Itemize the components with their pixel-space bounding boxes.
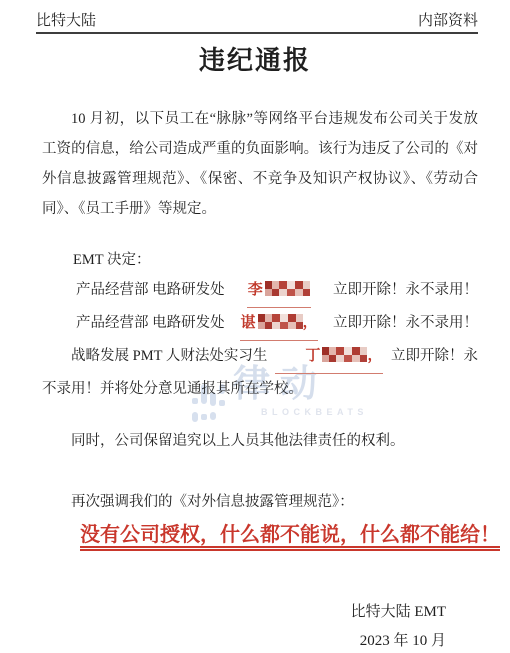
- decision-row: 产品经营部 电路研发处 谌， 立即开除！永不录用！: [42, 308, 478, 341]
- intro-paragraph: 10 月初，以下员工在“脉脉”等网络平台违规发布公司关于发放工资的信息，给公司造…: [42, 104, 478, 224]
- decision-row: 战略发展 PMT 人财法处实习生丁，立即开除！永不录用！并将处分意见通报其所在学…: [42, 341, 478, 405]
- redacted-name: 李: [247, 275, 311, 308]
- emphasis-headline: 没有公司授权，什么都不能说，什么都不能给！: [80, 520, 478, 550]
- document-header: 比特大陆 内部资料: [36, 0, 478, 34]
- name-surname: 李: [248, 282, 263, 298]
- notice-document: 律动 BLOCKBEATS 比特大陆 内部资料 违纪通报 10 月初，以下员工在…: [0, 0, 510, 653]
- document-body: 比特大陆 内部资料 违纪通报 10 月初，以下员工在“脉脉”等网络平台违规发布公…: [0, 0, 510, 653]
- decision-dept: 产品经营部 电路研发处: [76, 308, 225, 339]
- decision-dept: 战略发展 PMT 人财法处实习生: [71, 348, 267, 364]
- name-redaction-mosaic: [258, 314, 303, 329]
- decision-action: 立即开除！永不录用！: [333, 308, 478, 339]
- document-content: 10 月初，以下员工在“脉脉”等网络平台违规发布公司关于发放工资的信息，给公司造…: [42, 104, 478, 653]
- decision-action: 立即开除！永不录用！: [333, 275, 478, 306]
- redacted-name: 丁，: [275, 341, 383, 374]
- name-redaction-mosaic: [322, 347, 367, 362]
- name-punct: ，: [303, 315, 318, 331]
- name-surname: 丁: [305, 348, 320, 364]
- decision-row: 产品经营部 电路研发处 李 立即开除！永不录用！: [42, 275, 478, 308]
- name-surname: 谌: [241, 315, 256, 331]
- header-classification-label: 内部资料: [418, 12, 478, 30]
- emphasis-lead-paragraph: 再次强调我们的《对外信息披露管理规范》：: [42, 487, 478, 517]
- name-redaction-mosaic: [265, 281, 310, 296]
- document-footer: 比特大陆 EMT 2023 年 10 月: [42, 598, 446, 653]
- footer-date: 2023 年 10 月: [42, 627, 446, 653]
- reserve-rights-paragraph: 同时，公司保留追究以上人员其他法律责任的权利。: [42, 426, 478, 456]
- header-company-label: 比特大陆: [36, 12, 96, 30]
- footer-signature: 比特大陆 EMT: [42, 598, 446, 627]
- redacted-name: 谌，: [240, 308, 319, 341]
- emphasis-headline-text: 没有公司授权，什么都不能说，什么都不能给！: [80, 524, 500, 551]
- decision-dept: 产品经营部 电路研发处: [76, 275, 225, 306]
- page-title: 违纪通报: [0, 45, 510, 77]
- name-punct: ，: [367, 348, 382, 364]
- emt-decision-heading: EMT 决定：: [42, 245, 478, 275]
